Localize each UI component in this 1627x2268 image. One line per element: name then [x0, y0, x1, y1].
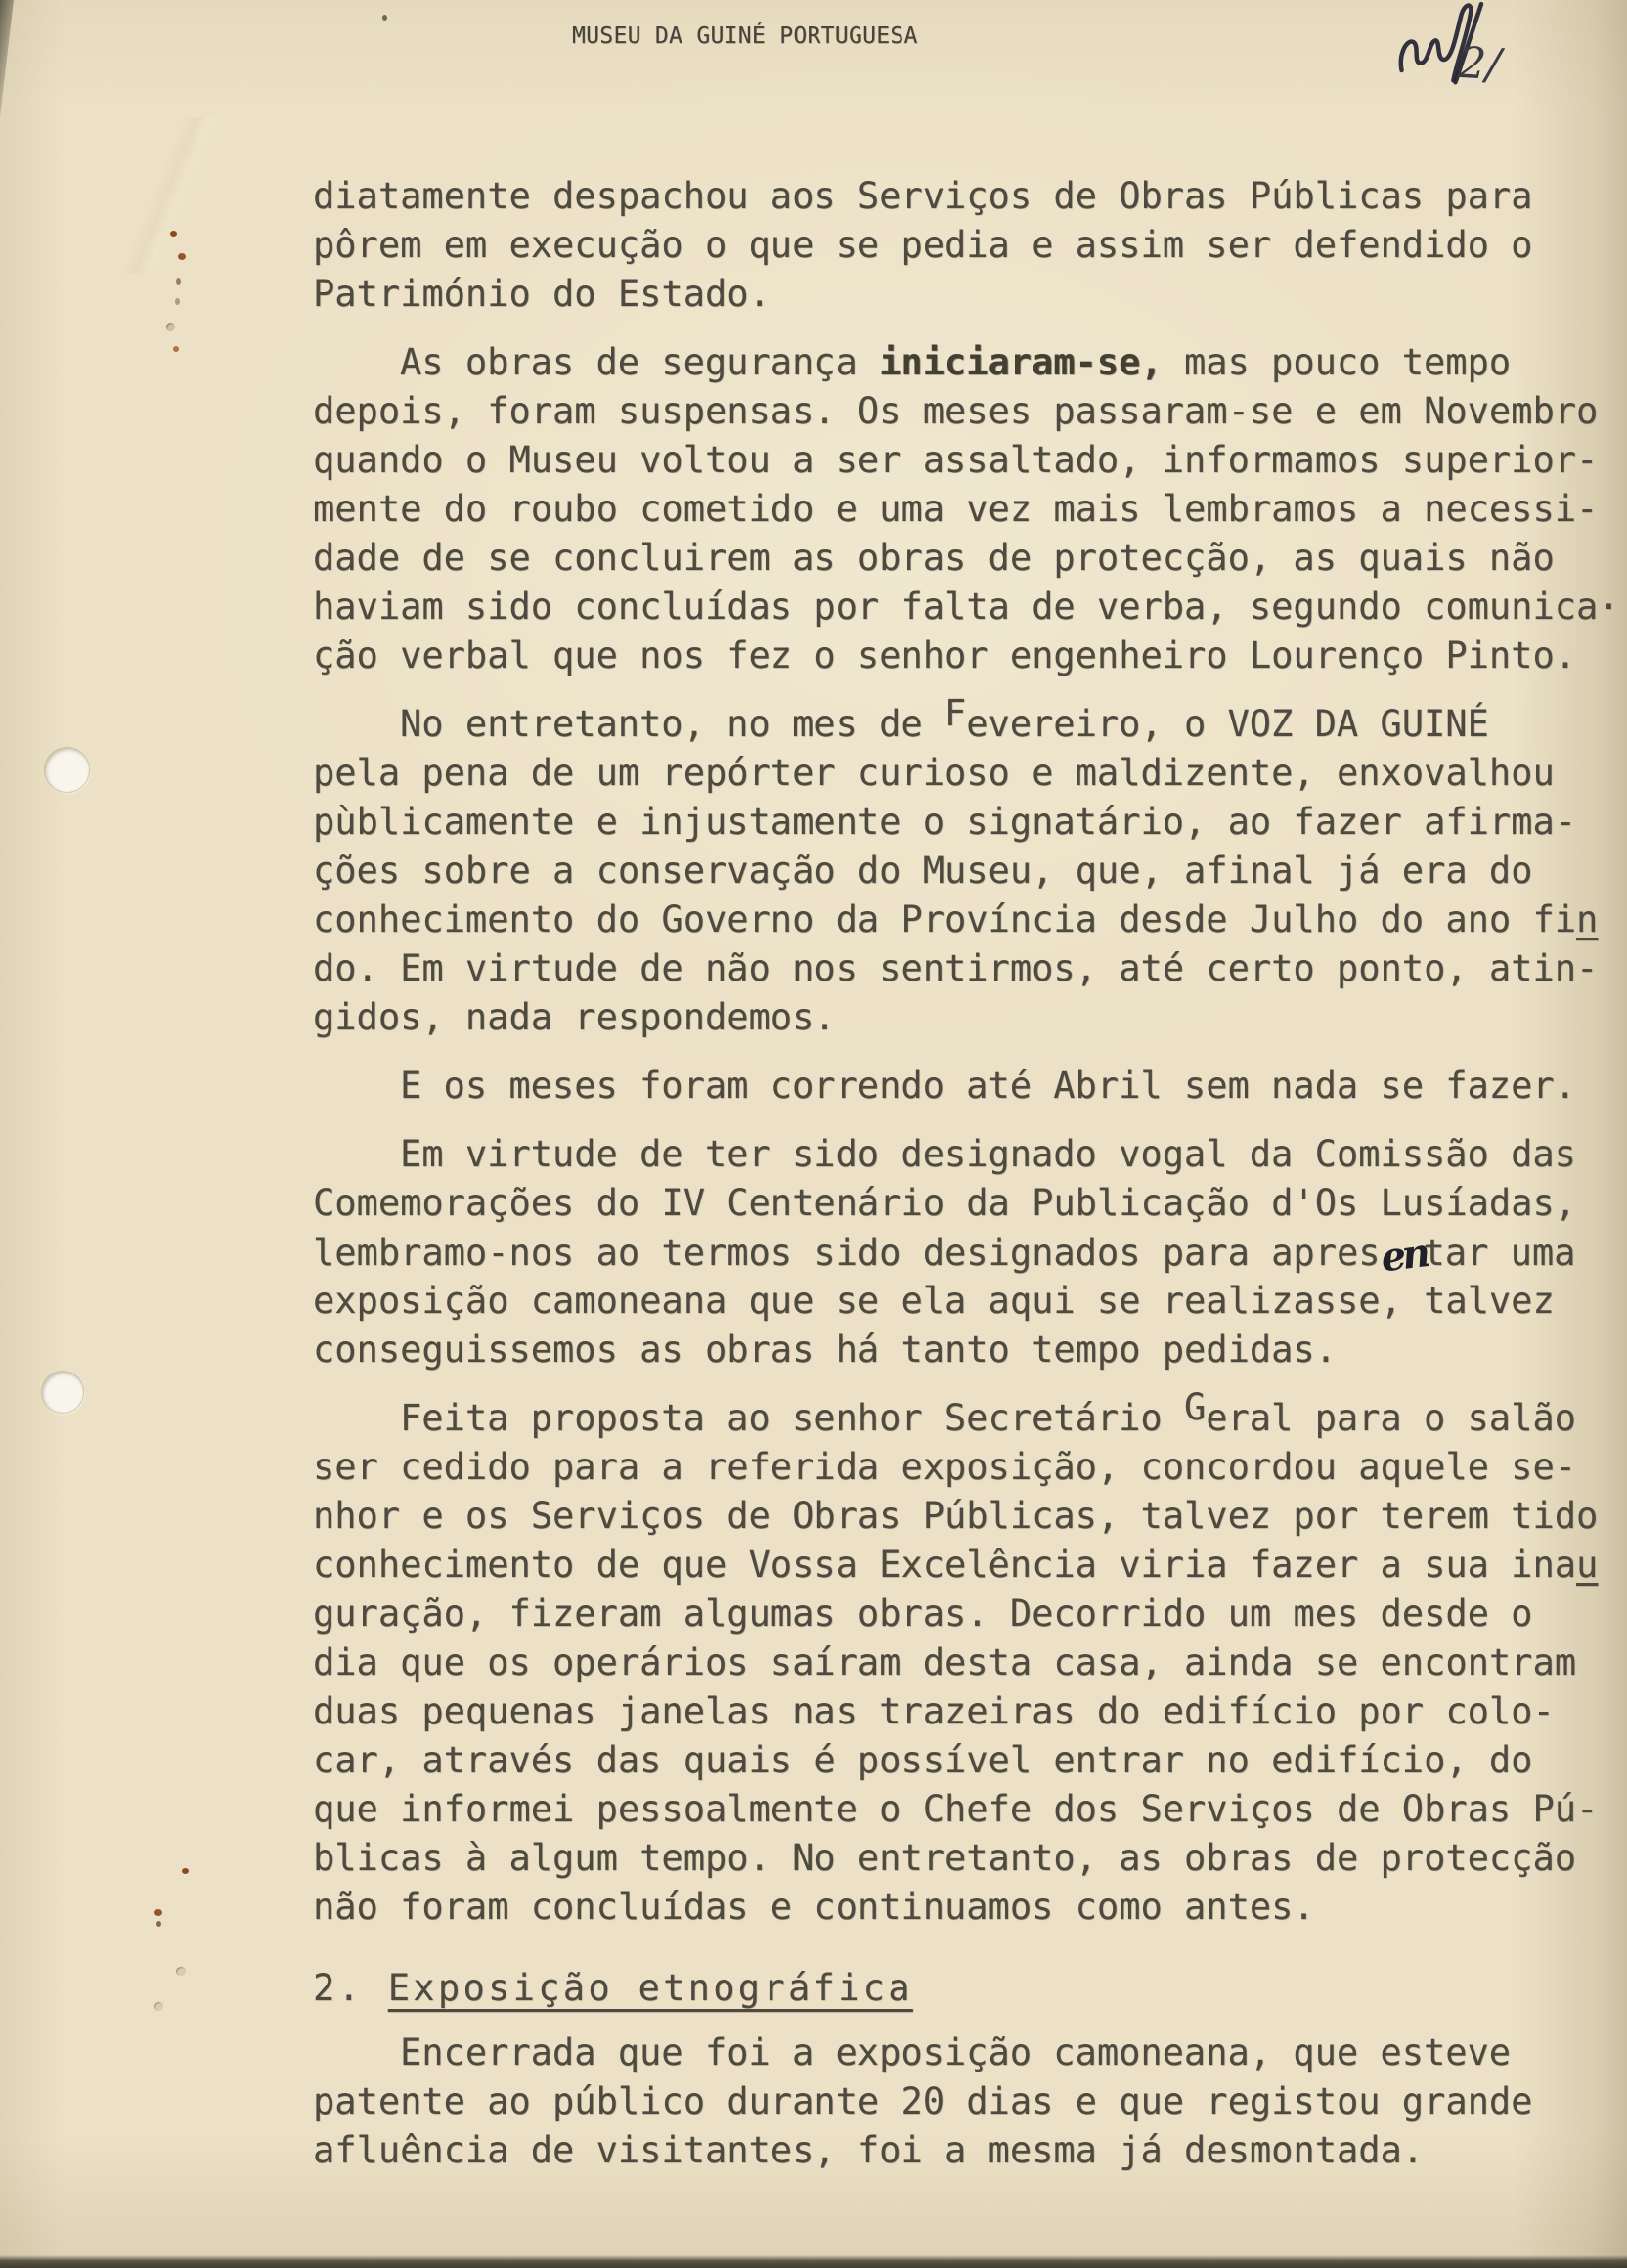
text-line: gidos, nada respondemos.	[313, 993, 1619, 1042]
text-segment: ção verbal que nos fez o senhor engenhei…	[313, 634, 1576, 676]
text-line: quando o Museu voltou a ser assaltado, i…	[313, 436, 1619, 485]
text-line: 2. Exposição etnográfica	[313, 1964, 1619, 2013]
text-segment: quando o Museu voltou a ser assaltado, i…	[313, 439, 1598, 481]
text-segment: eral para o salão	[1206, 1397, 1576, 1439]
text-segment: ser cedido para a referida exposição, co…	[313, 1446, 1576, 1488]
text-segment: ções sobre a conservação do Museu, que, …	[313, 850, 1532, 892]
paragraph: E os meses foram correndo até Abril sem …	[313, 1062, 1619, 1111]
text-line: As obras de segurança iniciaram-se, mas …	[313, 338, 1619, 387]
text-segment: en	[1378, 1229, 1427, 1283]
content: diatamente despachou aos Serviços de Obr…	[313, 172, 1619, 2195]
text-segment: lembramo-nos ao termos sido designados p…	[313, 1232, 1381, 1274]
text-segment: tar uma	[1424, 1232, 1576, 1274]
text-line: pùblicamente e injustamente o signatário…	[313, 798, 1619, 847]
text-segment: conseguissemos as obras há tanto tempo p…	[313, 1329, 1337, 1371]
text-segment: Feita proposta ao senhor Secretário	[400, 1397, 1184, 1439]
text-line: ções sobre a conservação do Museu, que, …	[313, 847, 1619, 895]
text-segment: depois, foram suspensas. Os meses passar…	[313, 390, 1598, 432]
rust-stain	[182, 1868, 189, 1874]
text-line: duas pequenas janelas nas trazeiras do e…	[313, 1687, 1619, 1736]
text-segment: pôrem em execução o que se pedia e assim…	[313, 224, 1532, 266]
text-line: depois, foram suspensas. Os meses passar…	[313, 387, 1619, 436]
text-line: Em virtude de ter sido designado vogal d…	[313, 1130, 1619, 1179]
text-segment: haviam sido concluídas por falta de verb…	[313, 586, 1620, 628]
text-segment: não foram concluídas e continuamos como …	[313, 1886, 1315, 1928]
text-segment: F	[945, 692, 966, 734]
text-segment: u	[1576, 1544, 1598, 1586]
text-line: Património do Estado.	[313, 270, 1619, 319]
text-line: mente do roubo cometido e uma vez mais l…	[313, 485, 1619, 534]
text-line: pôrem em execução o que se pedia e assim…	[313, 221, 1619, 270]
text-line: do. Em virtude de não nos sentirmos, até…	[313, 944, 1619, 993]
paragraph: As obras de segurança iniciaram-se, mas …	[313, 338, 1619, 680]
text-line: E os meses foram correndo até Abril sem …	[313, 1062, 1619, 1111]
text-line: exposição camoneana que se ela aqui se r…	[313, 1277, 1619, 1326]
text-line: que informei pessoalmente o Chefe dos Se…	[313, 1785, 1619, 1834]
text-line: patente ao público durante 20 dias e que…	[313, 2077, 1619, 2126]
text-segment: diatamente despachou aos Serviços de Obr…	[313, 175, 1532, 217]
text-segment: gidos, nada respondemos.	[313, 996, 836, 1038]
punch-hole	[45, 748, 89, 792]
paragraph: No entretanto, no mes de Fevereiro, o VO…	[313, 700, 1619, 1042]
rust-stain	[178, 253, 186, 260]
scan-edge-bottom	[0, 2255, 1627, 2268]
text-line: guração, fizeram algumas obras. Decorrid…	[313, 1590, 1619, 1638]
text-segment: Património do Estado.	[313, 273, 770, 315]
text-segment: As obras de segurança	[400, 341, 879, 383]
rust-stain	[156, 1921, 161, 1927]
text-line: haviam sido concluídas por falta de verb…	[313, 583, 1619, 632]
text-line: ser cedido para a referida exposição, co…	[313, 1443, 1619, 1492]
text-segment: Encerrada que foi a exposição camoneana,…	[400, 2031, 1511, 2073]
text-segment: pela pena de um repórter curioso e maldi…	[313, 752, 1555, 794]
text-line: Feita proposta ao senhor Secretário Gera…	[313, 1394, 1619, 1443]
document-header-title: MUSEU DA GUINÉ PORTUGUESA	[572, 23, 918, 49]
text-segment: afluência de visitantes, foi a mesma já …	[313, 2129, 1424, 2171]
rust-stain	[175, 298, 180, 305]
text-segment: conhecimento do Governo da Província des…	[313, 898, 1576, 940]
text-segment: mas pouco tempo	[1163, 341, 1511, 383]
text-segment: nhor e os Serviços de Obras Públicas, ta…	[313, 1495, 1598, 1537]
paragraph: Feita proposta ao senhor Secretário Gera…	[313, 1394, 1619, 1932]
text-segment: Em virtude de ter sido designado vogal d…	[400, 1133, 1576, 1175]
text-segment: Comemorações do IV Centenário da Publica…	[313, 1182, 1576, 1224]
text-line: lembramo-nos ao termos sido designados p…	[313, 1228, 1619, 1277]
paragraph: diatamente despachou aos Serviços de Obr…	[313, 172, 1619, 319]
text-line: nhor e os Serviços de Obras Públicas, ta…	[313, 1492, 1619, 1541]
text-segment: iniciaram-se,	[879, 341, 1163, 383]
text-segment: blicas à algum tempo. No entretanto, as …	[313, 1837, 1576, 1879]
text-segment: do. Em virtude de não nos sentirmos, até…	[313, 947, 1598, 989]
rust-stain	[176, 278, 181, 285]
text-line: dia que os operários saíram desta casa, …	[313, 1638, 1619, 1687]
text-line: dade de se concluirem as obras de protec…	[313, 534, 1619, 583]
text-line: Encerrada que foi a exposição camoneana,…	[313, 2028, 1619, 2077]
text-segment: E os meses foram correndo até Abril sem …	[400, 1065, 1576, 1107]
text-segment: mente do roubo cometido e uma vez mais l…	[313, 488, 1598, 530]
paragraph: Em virtude de ter sido designado vogal d…	[313, 1130, 1619, 1374]
text-segment: No entretanto, no mes de	[400, 703, 945, 745]
text-segment: dade de se concluirem as obras de protec…	[313, 537, 1555, 579]
text-line: ção verbal que nos fez o senhor engenhei…	[313, 632, 1619, 680]
text-line: conhecimento de que Vossa Excelência vir…	[313, 1541, 1619, 1590]
rust-stain	[173, 346, 179, 352]
section-heading: 2. Exposição etnográfica	[313, 1964, 1619, 2013]
text-segment: pùblicamente e injustamente o signatário…	[313, 801, 1576, 843]
text-line: conseguissemos as obras há tanto tempo p…	[313, 1326, 1619, 1374]
text-segment: car, através das quais é possível entrar…	[313, 1739, 1532, 1781]
scanned-page: MUSEU DA GUINÉ PORTUGUESA 2/ diatamente …	[0, 0, 1627, 2268]
text-line: não foram concluídas e continuamos como …	[313, 1883, 1619, 1932]
text-line: afluência de visitantes, foi a mesma já …	[313, 2126, 1619, 2175]
text-line: diatamente despachou aos Serviços de Obr…	[313, 172, 1619, 221]
paragraph: Encerrada que foi a exposição camoneana,…	[313, 2028, 1619, 2175]
text-segment: G	[1184, 1386, 1206, 1428]
ink-speck	[382, 15, 387, 21]
text-line: car, através das quais é possível entrar…	[313, 1736, 1619, 1785]
text-segment: patente ao público durante 20 dias e que…	[313, 2080, 1532, 2122]
text-segment: dia que os operários saíram desta casa, …	[313, 1641, 1576, 1683]
text-segment: exposição camoneana que se ela aqui se r…	[313, 1280, 1555, 1322]
text-line: conhecimento do Governo da Província des…	[313, 895, 1619, 944]
text-segment: Exposição etnográfica	[388, 1967, 913, 2009]
text-segment: 2.	[313, 1967, 388, 2009]
paper-crease	[0, 117, 332, 274]
text-line: Comemorações do IV Centenário da Publica…	[313, 1179, 1619, 1228]
text-segment: guração, fizeram algumas obras. Decorrid…	[313, 1592, 1532, 1635]
rust-stain	[166, 323, 175, 331]
text-segment: conhecimento de que Vossa Excelência vir…	[313, 1544, 1576, 1586]
text-segment: n	[1576, 898, 1598, 940]
rust-stain	[170, 231, 177, 237]
text-line: No entretanto, no mes de Fevereiro, o VO…	[313, 700, 1619, 749]
rust-stain	[154, 2002, 163, 2011]
text-line: pela pena de um repórter curioso e maldi…	[313, 749, 1619, 798]
text-line: blicas à algum tempo. No entretanto, as …	[313, 1834, 1619, 1883]
text-segment: que informei pessoalmente o Chefe dos Se…	[313, 1788, 1598, 1830]
rust-stain	[176, 1967, 186, 1976]
text-segment: duas pequenas janelas nas trazeiras do e…	[313, 1690, 1555, 1732]
text-segment: evereiro, o VOZ DA GUINÉ	[966, 703, 1489, 745]
page-number: 2/	[1458, 38, 1502, 90]
rust-stain	[154, 1909, 162, 1916]
scan-corner-shadow	[0, 0, 14, 117]
punch-hole	[42, 1372, 83, 1413]
